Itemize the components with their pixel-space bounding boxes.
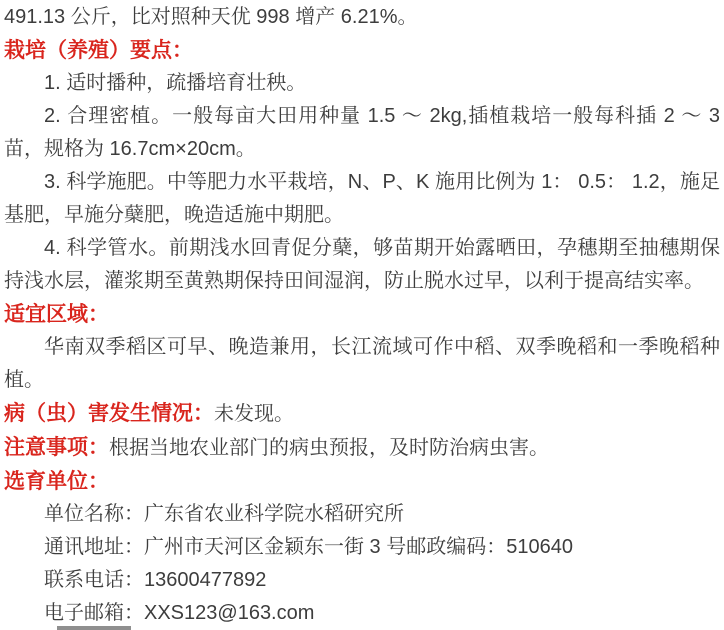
contact-unit-name-label: 单位名称： [44,503,144,525]
notes-value: 根据当地农业部门的病虫预报，及时防治病虫害。 [109,437,549,459]
contact-address-value: 广州市天河区金颖东一街 3 号邮政编码：510640 [144,536,573,558]
contact-address: 通讯地址：广州市天河区金颖东一街 3 号邮政编码：510640 [4,531,720,564]
notes-label: 注意事项： [4,436,109,459]
contact-unit-name: 单位名称：广东省农业科学院水稻研究所 [4,498,720,531]
intro-paragraph: 491.13 公斤，比对照种天优 998 增产 6.21%。 [4,1,720,34]
cultivation-item-2: 2. 合理密植。一般每亩大田用种量 1.5 ～ 2kg,插植栽培一般每科插 2 … [4,100,720,166]
contact-phone-value: 13600477892 [144,569,266,591]
clipped-text-fragment [57,626,131,630]
cultivation-item-3: 3. 科学施肥。中等肥力水平栽培，N、P、K 施用比例为 1： 0.5： 1.2… [4,166,720,232]
cultivation-item-4: 4. 科学管水。前期浅水回青促分蘖，够苗期开始露晒田，孕穗期至抽穗期保持浅水层，… [4,232,720,298]
contact-email-label: 电子邮箱： [44,602,144,624]
pest-status-label: 病（虫）害发生情况： [4,402,214,425]
pest-status-line: 病（虫）害发生情况：未发现。 [4,397,720,431]
cultivation-item-1: 1. 适时播种，疏播培育壮秧。 [4,67,720,100]
contact-phone-label: 联系电话： [44,569,144,591]
breeder-heading: 选育单位： [4,465,720,498]
contact-phone: 联系电话：13600477892 [4,564,720,597]
contact-email-value: XXS123@163.com [144,602,314,624]
notes-line: 注意事项：根据当地农业部门的病虫预报，及时防治病虫害。 [4,431,720,465]
cultivation-heading: 栽培（养殖）要点： [4,34,720,67]
contact-address-label: 通讯地址： [44,536,144,558]
region-paragraph: 华南双季稻区可早、晚造兼用，长江流域可作中稻、双季晚稻和一季晚稻种植。 [4,331,720,397]
contact-unit-name-value: 广东省农业科学院水稻研究所 [144,503,404,525]
region-heading: 适宜区域： [4,298,720,331]
pest-status-value: 未发现。 [214,403,294,425]
document-page: 491.13 公斤，比对照种天优 998 增产 6.21%。 栽培（养殖）要点：… [0,0,724,630]
